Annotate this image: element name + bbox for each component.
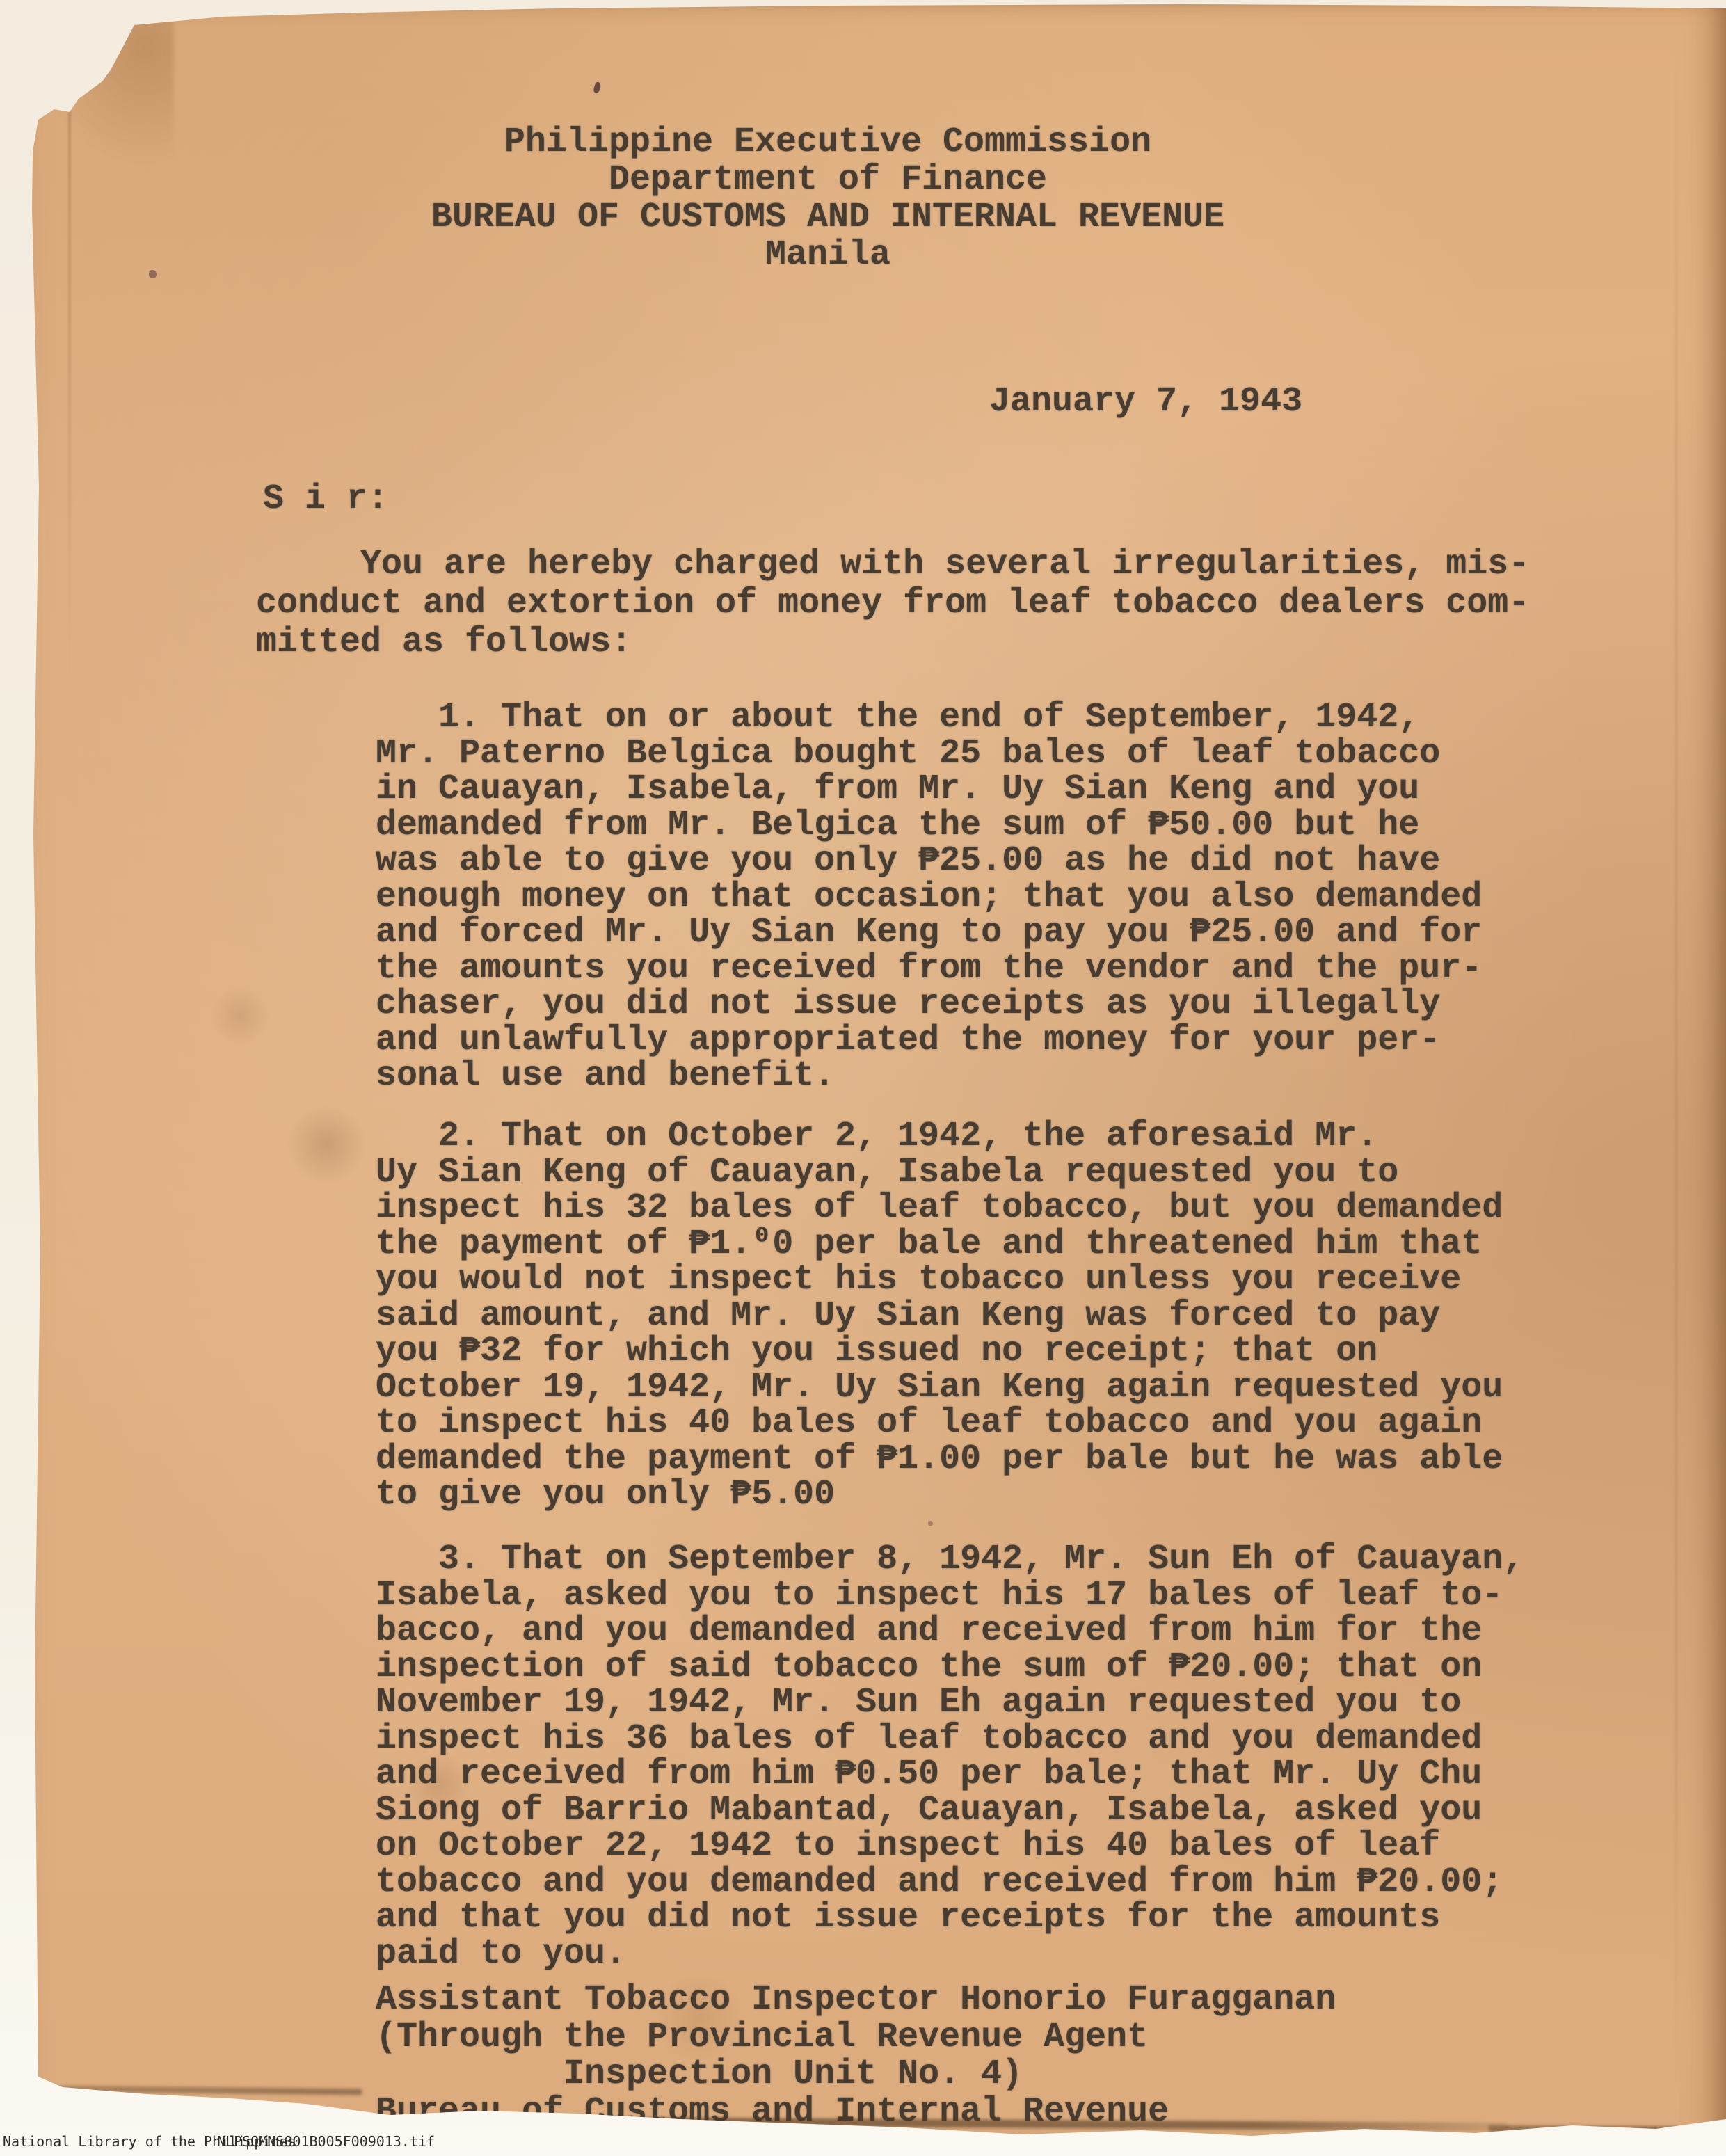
ink-speck [593,81,602,94]
closing-address-block: Assistant Tobacco Inspector Honorio Fura… [376,1981,1336,2130]
paper-stain [209,988,271,1044]
paper-crease [68,0,71,682]
intro-paragraph: You are hereby charged with several irre… [256,545,1529,662]
scanned-letter-page: Philippine Executive Commission Departme… [0,0,1726,2156]
salutation: S i r: [263,481,388,518]
bottom-tear-shadow [1489,2125,1726,2134]
letterhead: Philippine Executive Commission Departme… [348,124,1308,274]
paper-crease [1675,28,1677,2087]
ink-speck [928,1521,933,1526]
paper-stain [285,1106,369,1183]
date-line: January 7, 1943 [989,384,1302,420]
scan-caption-filename: NLPSOMNS001B005F009013.tif [217,2133,435,2150]
torn-corner-shadow [28,14,174,174]
charge-paragraph-3: 3. That on September 8, 1942, Mr. Sun Eh… [376,1542,1524,1972]
charge-paragraph-1: 1. That on or about the end of September… [376,700,1482,1094]
paper-sheet: Philippine Executive Commission Departme… [0,0,1726,2156]
ink-speck [149,270,157,278]
charge-paragraph-2: 2. That on October 2, 1942, the aforesai… [376,1119,1503,1513]
bottom-tear-shadow [42,2086,362,2095]
